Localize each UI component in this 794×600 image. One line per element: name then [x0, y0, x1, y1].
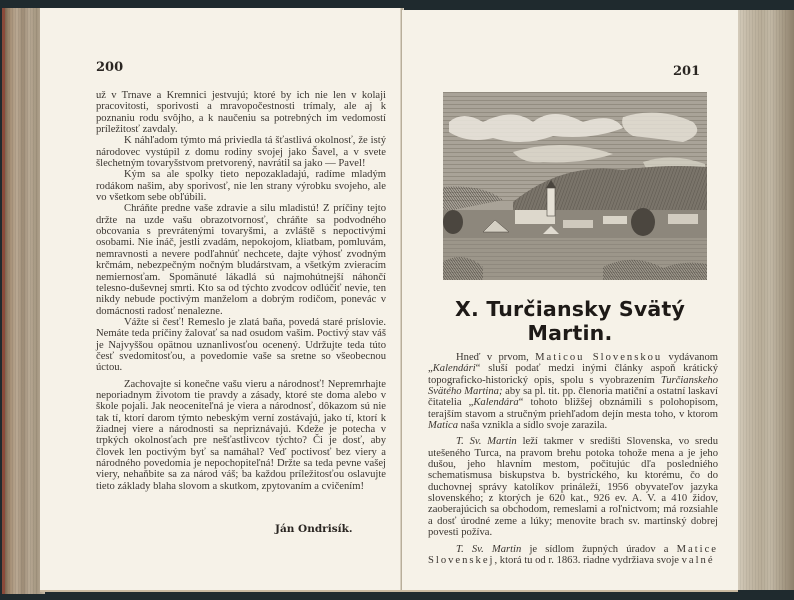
- paragraph: už v Trnave a Kremnici jestvujú; ktoré b…: [96, 90, 386, 135]
- engraving-image: [443, 92, 707, 280]
- text-run: , ktorá tu od r. 1863. riadne vydržiava …: [495, 555, 682, 566]
- paragraph: T. Sv. Martin leží takmer v središti Slo…: [428, 436, 718, 538]
- text-run: T. Sv. Martin: [456, 544, 521, 555]
- paragraph: Zachovajte si konečne vašu vieru a národ…: [96, 379, 386, 492]
- text-run: valné: [682, 555, 715, 566]
- page-number-right: 201: [673, 64, 700, 79]
- text-run: Kalendári: [433, 363, 476, 374]
- paragraph: K náhľadom týmto má priviedla tá šťastli…: [96, 135, 386, 169]
- paragraph: Chráňte predne vaše zdravie a silu mladi…: [96, 203, 386, 316]
- town-engraving-illustration: [443, 92, 707, 280]
- text-run: leží takmer v središti Slovenska, vo sre…: [428, 436, 718, 538]
- paragraph: T. Sv. Martin je sídlom župných úradov a…: [428, 544, 718, 567]
- text-run: Maticou Slovenskou: [535, 352, 662, 363]
- text-run: Kalendára: [473, 397, 518, 408]
- left-page-edges: [2, 8, 45, 594]
- right-page-text: Hneď v prvom, Maticou Slovenskou vydávan…: [428, 352, 718, 566]
- page-number-left: 200: [96, 60, 123, 75]
- text-run: Matica: [428, 420, 458, 431]
- left-page: 200 už v Trnave a Kremnici jestvujú; kto…: [40, 8, 402, 592]
- text-run: T. Sv. Martin: [456, 436, 517, 447]
- author-signature: Ján Ondrisík.: [275, 523, 353, 535]
- text-run: Hneď v prvom,: [456, 352, 535, 363]
- left-page-text: už v Trnave a Kremnici jestvujú; ktoré b…: [96, 90, 386, 492]
- paragraph: Kým sa ale spolky tieto nepozakladajú, r…: [96, 169, 386, 203]
- right-page-edges: [735, 10, 794, 590]
- text-run: naša vznikla a sídlo svoje zarazila.: [458, 420, 607, 431]
- chapter-title: X. Turčiansky Svätý Martin.: [412, 297, 728, 345]
- paragraph: Vážte si česť! Remeslo je zlatá baňa, po…: [96, 317, 386, 374]
- text-run: je sídlom župných úradov a: [521, 544, 676, 555]
- right-page: 201: [402, 10, 738, 592]
- paragraph: Hneď v prvom, Maticou Slovenskou vydávan…: [428, 352, 718, 431]
- open-book: 200 už v Trnave a Kremnici jestvujú; kto…: [0, 0, 794, 600]
